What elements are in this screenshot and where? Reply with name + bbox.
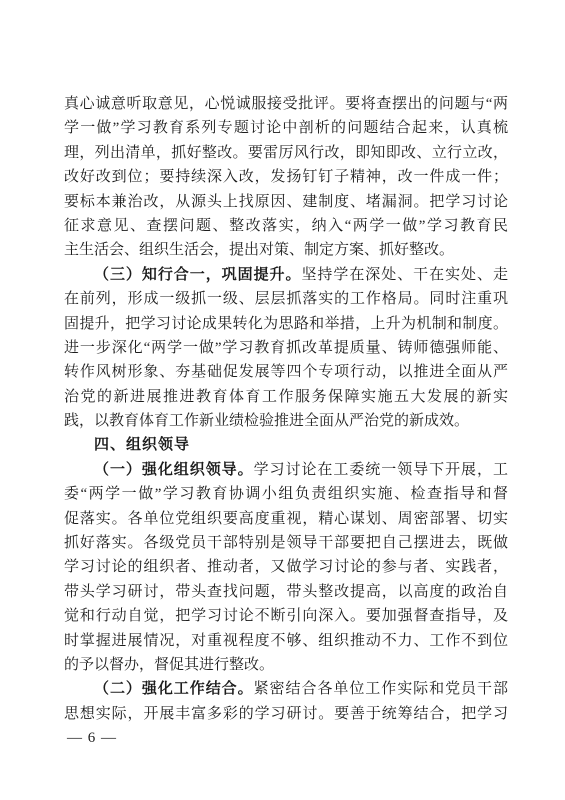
text-line: 带头学习研讨，带头查找问题，带头整改提高，以高度的政治自 bbox=[64, 580, 508, 604]
text-line: 固提升，把学习讨论成果转化为思路和举措，上升为机制和制度。 bbox=[64, 312, 508, 336]
text-line: 真心诚意听取意见，心悦诚服接受批评。要将查摆出的问题与“两 bbox=[64, 92, 508, 116]
heading-text: 四、组织领导 bbox=[94, 436, 190, 453]
body-text: 进一步深化“两学一做”学习教育抓改革提质量、铸师德强师能、 bbox=[64, 340, 508, 356]
body-text: 转作风树形象、夯基础促发展等四个专项行动，以推进全面从严 bbox=[64, 364, 508, 380]
text-line: 委“两学一做”学习教育协调小组负责组织实施、检查指导和督 bbox=[64, 482, 508, 506]
body-text: 学习讨论的组织者、推动者，又做学习讨论的参与者、实践者， bbox=[64, 559, 508, 575]
text-line: 理，列出清单，抓好整改。要雷厉风行改，即知即改、立行立改， bbox=[64, 141, 508, 165]
body-text: 学一做”学习教育系列专题讨论中剖析的问题结合起来，认真梳 bbox=[64, 120, 508, 136]
body-text: 主生活会、组织生活会，提出对策、制定方案、抓好整改。 bbox=[64, 242, 454, 258]
body-text: 治党的新进展推进教育体育工作服务保障实施五大发展的新实 bbox=[64, 389, 508, 405]
body-text: 征求意见、查摆问题、整改落实，纳入“两学一做”学习教育民 bbox=[64, 218, 508, 234]
bold-lead-text: （二）强化工作结合。 bbox=[94, 681, 254, 697]
text-line: 征求意见、查摆问题、整改落实，纳入“两学一做”学习教育民 bbox=[64, 214, 508, 238]
text-line: 转作风树形象、夯基础促发展等四个专项行动，以推进全面从严 bbox=[64, 360, 508, 384]
text-line: 时掌握进展情况，对重视程度不够、组织推动不力、工作不到位 bbox=[64, 629, 508, 653]
body-text: 委“两学一做”学习教育协调小组负责组织实施、检查指导和督 bbox=[64, 486, 508, 502]
text-line: 治党的新进展推进教育体育工作服务保障实施五大发展的新实 bbox=[64, 385, 508, 409]
text-line-subsection-1-start: （一）强化组织领导。学习讨论在工委统一领导下开展，工 bbox=[64, 458, 508, 482]
text-line: 促落实。各单位党组织要高度重视，精心谋划、周密部署、切实 bbox=[64, 507, 508, 531]
text-line: 要标本兼治改，从源头上找原因、建制度、堵漏洞。把学习讨论 bbox=[64, 190, 508, 214]
text-line: 学习讨论的组织者、推动者，又做学习讨论的参与者、实践者， bbox=[64, 555, 508, 579]
text-line-section-3-start: （三）知行合一，巩固提升。坚持学在深处、干在实处、走 bbox=[64, 263, 508, 287]
body-text: 紧密结合各单位工作实际和党员干部 bbox=[254, 681, 508, 697]
text-line-subsection-2-start: （二）强化工作结合。紧密结合各单位工作实际和党员干部 bbox=[64, 677, 508, 701]
body-text: 真心诚意听取意见，心悦诚服接受批评。要将查摆出的问题与“两 bbox=[64, 96, 508, 112]
document-page: 真心诚意听取意见，心悦诚服接受批评。要将查摆出的问题与“两 学一做”学习教育系列… bbox=[0, 0, 565, 800]
body-text: 坚持学在深处、干在实处、走 bbox=[301, 267, 508, 283]
body-text: 抓好落实。各级党员干部特别是领导干部要把自己摆进去，既做 bbox=[64, 535, 508, 551]
body-text: 学习讨论在工委统一领导下开展，工 bbox=[254, 462, 508, 478]
text-line: 学一做”学习教育系列专题讨论中剖析的问题结合起来，认真梳 bbox=[64, 116, 508, 140]
text-line-paragraph-end: 践，以教育体育工作新业绩检验推进全面从严治党的新成效。 bbox=[64, 409, 508, 433]
section-heading-4: 四、组织领导 bbox=[64, 433, 508, 457]
text-line: 思想实际，开展丰富多彩的学习研讨。要善于统筹结合，把学习 bbox=[64, 702, 508, 726]
body-text: 改好改到位；要持续深入改，发扬钉钉子精神，改一件成一件； bbox=[64, 169, 508, 185]
text-line: 进一步深化“两学一做”学习教育抓改革提质量、铸师德强师能、 bbox=[64, 336, 508, 360]
body-text: 带头学习研讨，带头查找问题，带头整改提高，以高度的政治自 bbox=[64, 584, 508, 600]
body-text: 在前列，形成一级抓一级、层层抓落实的工作格局。同时注重巩 bbox=[64, 291, 508, 307]
body-text: 时掌握进展情况，对重视程度不够、组织推动不力、工作不到位 bbox=[64, 633, 508, 649]
text-line: 在前列，形成一级抓一级、层层抓落实的工作格局。同时注重巩 bbox=[64, 287, 508, 311]
body-text: 要标本兼治改，从源头上找原因、建制度、堵漏洞。把学习讨论 bbox=[64, 194, 508, 210]
text-line: 改好改到位；要持续深入改，发扬钉钉子精神，改一件成一件； bbox=[64, 165, 508, 189]
page-number: — 6 — bbox=[64, 726, 508, 750]
text-line-paragraph-end: 主生活会、组织生活会，提出对策、制定方案、抓好整改。 bbox=[64, 238, 508, 262]
body-text: 理，列出清单，抓好整改。要雷厉风行改，即知即改、立行立改， bbox=[64, 145, 508, 161]
text-line: 抓好落实。各级党员干部特别是领导干部要把自己摆进去，既做 bbox=[64, 531, 508, 555]
bold-lead-text: （一）强化组织领导。 bbox=[94, 462, 254, 478]
text-line: 觉和行动自觉，把学习讨论不断引向深入。要加强督查指导，及 bbox=[64, 604, 508, 628]
body-text: 的予以督办，督促其进行整改。 bbox=[64, 657, 274, 673]
body-text: 践，以教育体育工作新业绩检验推进全面从严治党的新成效。 bbox=[64, 413, 469, 429]
body-text: 思想实际，开展丰富多彩的学习研讨。要善于统筹结合，把学习 bbox=[64, 706, 508, 722]
text-line-paragraph-end: 的予以督办，督促其进行整改。 bbox=[64, 653, 508, 677]
bold-lead-text: （三）知行合一，巩固提升。 bbox=[94, 267, 301, 283]
body-text: 固提升，把学习讨论成果转化为思路和举措，上升为机制和制度。 bbox=[64, 316, 508, 332]
body-text: 觉和行动自觉，把学习讨论不断引向深入。要加强督查指导，及 bbox=[64, 608, 508, 624]
body-text: 促落实。各单位党组织要高度重视，精心谋划、周密部署、切实 bbox=[64, 511, 508, 527]
document-text-block: 真心诚意听取意见，心悦诚服接受批评。要将查摆出的问题与“两 学一做”学习教育系列… bbox=[64, 92, 508, 751]
